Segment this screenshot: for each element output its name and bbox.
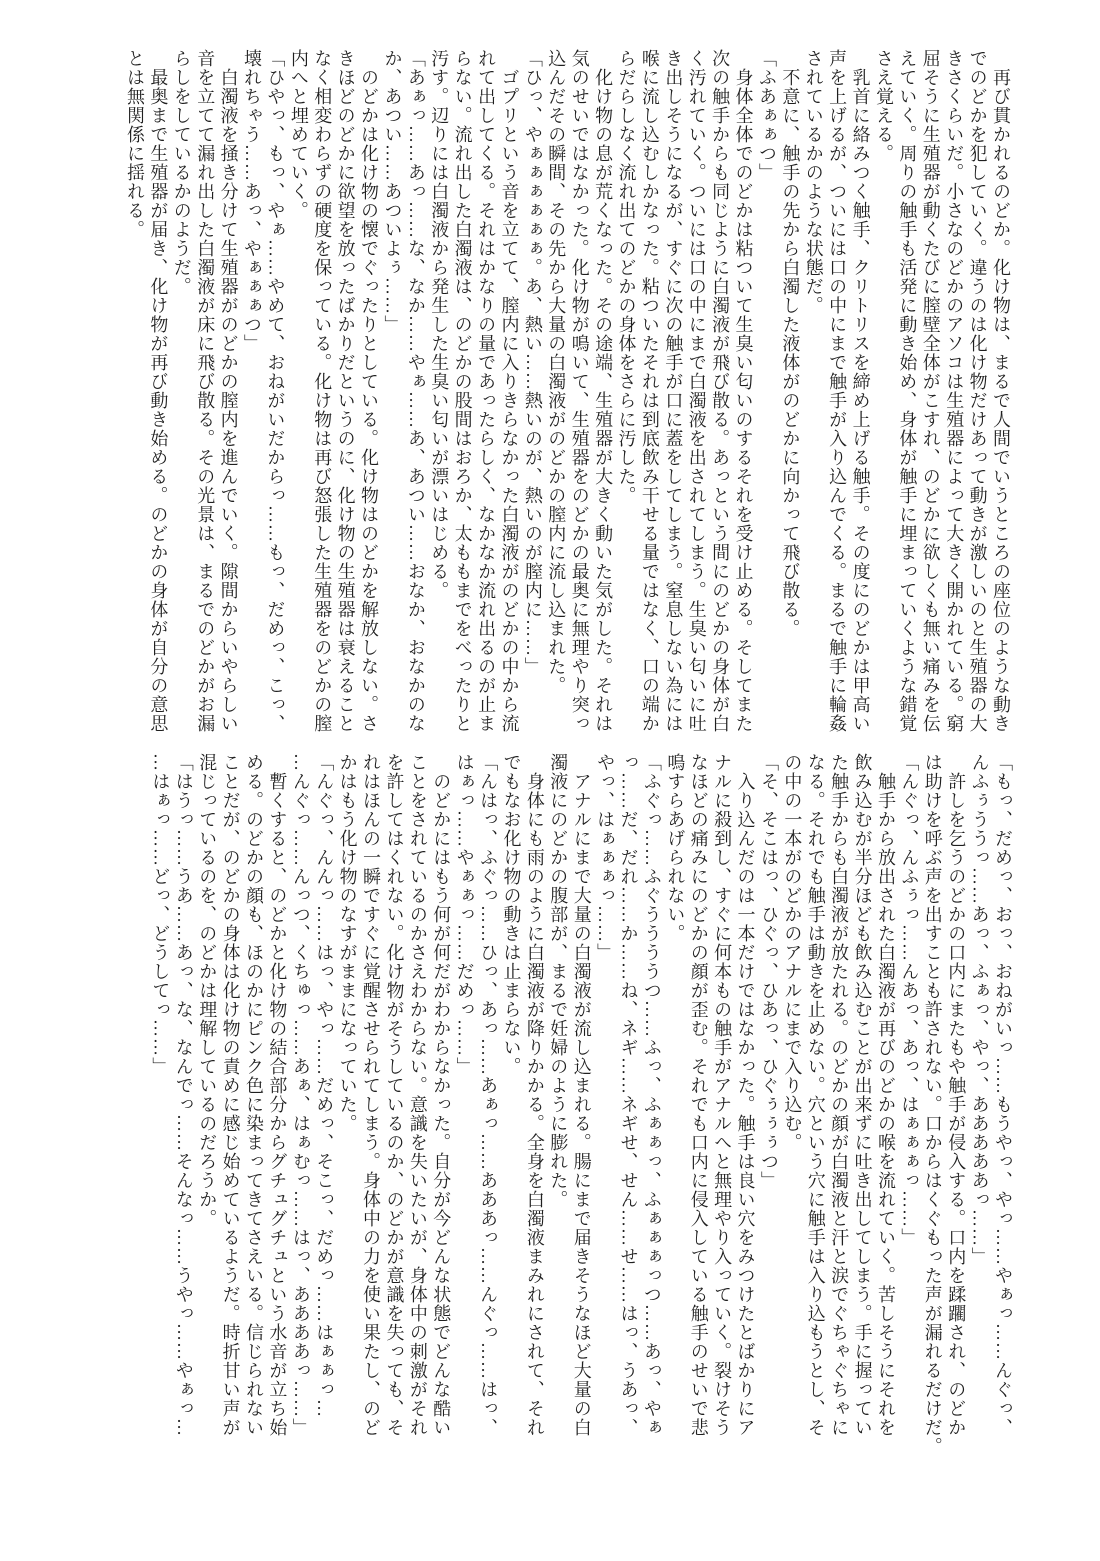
text-line: 「ひっ、やぁぁぁぁぁぁ。あ、熱い……熱いのが、熱いのが膣内に……」 <box>520 49 543 761</box>
text-line: か、あつい……あついよぅ……」 <box>380 49 403 761</box>
text-line: 次の触手からも同じように白濁液が飛び散る。あっという間にのどかの身体が白 <box>708 49 731 761</box>
text-line: のどかは化け物の懐でぐったりとしている。化け物はのどかを解放しない。さ <box>357 49 380 761</box>
text-line: 喉に流し込むしかなった。粘ついたそれは到底飲み干せる量ではなく、口の端か <box>638 49 661 761</box>
text-line: なほどの痛みにのどかの顔が歪む。それでも口内に侵入している触手のせいで悲 <box>686 753 709 1465</box>
text-line: されているかのような状態だ。 <box>801 49 824 761</box>
text-line: きさくらいだ。小さなのどかのアソコは生殖器によって大きく開かれている。窮 <box>942 49 965 761</box>
text-line: 声を上げるが、ついには口の中にまで触手が入り込んでくる。まるで触手に輪姦 <box>825 49 848 761</box>
text-block-top: 再び貫かれるのどか。化け物は、まるで人間でいうところの座位のような動きでのどかを… <box>123 49 1012 761</box>
text-line: らしをしているかのようだ。 <box>169 49 192 761</box>
text-line: のどかにはもう何が何だがわからなかった。自分が今どんな状態でどんな酷い <box>429 753 452 1465</box>
text-line: 触手から放出された白濁液が再びのどかの喉を流れていく。苦しそうにそれを <box>874 753 897 1465</box>
text-line: める。のどかの顔も、ほのかにピンク色に染まってきてさえいる。信じられない <box>242 753 265 1465</box>
text-line: っ……だ、だれ……か……ね、ネギ……ネギせ、せん……せ……はっ、うあっ、 <box>616 753 639 1465</box>
text-line: 最奥まで生殖器が届き、化け物が再び動き始める。のどかの身体が自分の意思 <box>146 49 169 761</box>
text-line: んふぅううっ……あっ、ふぁっ、やっ、あああああっ……」 <box>967 753 990 1465</box>
text-line: アナルにまで大量の白濁液が流し込まれる。腸にまで届きそうなほど大量の白 <box>569 753 592 1465</box>
text-line: やっ、はぁぁぁっ……」 <box>593 753 616 1465</box>
document-page: 再び貫かれるのどか。化け物は、まるで人間でいうところの座位のような動きでのどかを… <box>0 0 1100 1561</box>
text-line: 「ふあぁぁつ」 <box>755 49 778 761</box>
text-line: 「はうっ……うあ……あっ、な、なんでっ……そんなっ……うやっ……やぁっ… <box>171 753 194 1465</box>
text-line: 「あぁっ……あっ……な、なか……やぁ……あ、あつい……おなか、おなかのな <box>403 49 426 761</box>
text-line: でもなお化け物の動きは止まらない。 <box>499 753 522 1465</box>
text-line: 「んはっ、ふぐっ……ひっ、あっ……あぁっ……あああっ……んぐっ……はっ、 <box>476 753 499 1465</box>
text-line: 暫くすると、のどかと化け物の結合部分からグチュグチュという水音が立ち始 <box>265 753 288 1465</box>
text-line: は助けを呼ぶ声を出すことも許されない。口からはくぐもった声が漏れるだけだ。 <box>920 753 943 1465</box>
text-line: 飲み込むが半分ほども飲み込むことが出来ずに吐き出してしまう。手に握ってい <box>850 753 873 1465</box>
text-line: 「ひやっ、もっ、やぁ……やめて、おねがいだからっ……もっ、だめっ、こっ、 <box>263 49 286 761</box>
text-line: 「もっ、だめっ、おっ、おねがいっ……もうやっ、やっ……やぁっ……んぐっ、 <box>991 753 1014 1465</box>
text-line: れて出してくる。それはかなりの量であったらしく、なかなか流れ出るのが止ま <box>474 49 497 761</box>
text-line: なる。それでも触手は動きを止めない。穴という穴に触手は入り込もうとし、そ <box>803 753 826 1465</box>
text-line: なく相変わらずの硬度を保っている。化け物は再び怒張した生殖器をのどかの膣 <box>310 49 333 761</box>
text-line: 「んぐっ、んふぅっ……んあっ、あっ、はぁぁぁっ……」 <box>897 753 920 1465</box>
text-line: れはほんの一瞬ですぐに覚醒させられてしまう。身体中の力を使い果たし、のど <box>359 753 382 1465</box>
text-line: でのどかを犯していく。違うのは化け物だけあって動きが激しいのと生殖器の大 <box>965 49 988 761</box>
text-line: 汚す。辺りには白濁液から発生した生臭い匂いが漂いはじめる。 <box>427 49 450 761</box>
text-line: きほどのどかに欲望を放ったばかりだというのに、化け物の生殖器は衰えること <box>333 49 356 761</box>
text-line: えていく。周りの触手も活発に動き始め、身体が触手に埋まっていくような錯覚 <box>895 49 918 761</box>
text-line: 再び貫かれるのどか。化け物は、まるで人間でいうところの座位のような動き <box>989 49 1012 761</box>
text-line: 気のせいではなかった。化け物が鳴いて、生殖器をのどかの最奥に無理やり突っ <box>567 49 590 761</box>
text-line: かはもう化け物のなすがままになっていた。 <box>335 753 358 1465</box>
text-line: 許しを乞うのどかの口内にまたもや触手が侵入する。口内を蹂躙され、のどか <box>944 753 967 1465</box>
text-line: き出しそうになるが、すぐに次の触手が口に蓋をしてしまう。窒息しない為には <box>661 49 684 761</box>
text-line: ことだが、のどかの身体は化け物の責めに感じ始めているようだ。時折甘い声が <box>218 753 241 1465</box>
text-line: を許してはくれない。化け物がそうしているのか、のどかが意識を失っても、そ <box>382 753 405 1465</box>
text-line: らない。流れ出した白濁液は、のどかの股間はおろか、太ももまでをべったりと <box>450 49 473 761</box>
text-line: 白濁液を掻き分けて生殖器がのどかの膣内を進んでいく。隙間からいやらしい <box>216 49 239 761</box>
text-line: らだらしなく流れ出てのどかの身体をさらに汚した。 <box>614 49 637 761</box>
text-line: 屈そうに生殖器が動くたびに膣壁全体がこすれ、のどかに欲しくも無い痛みを伝 <box>918 49 941 761</box>
text-line: く汚れていく。ついには口の中にまで白濁液を出されてしまう。生臭い匂いに吐 <box>684 49 707 761</box>
text-line: 「ふぐっ……ふぐううううつ……ふっ、ふぁぁっ、ふぁぁぁっつ……あっ、やぁ <box>640 753 663 1465</box>
text-line: 身体にも雨のように白濁液が降りかかる。全身を白濁液まみれにされて、それ <box>522 753 545 1465</box>
text-line: 「そ、そこはっ、ひぐっ、ひあっ、ひぐぅぅぅつ」 <box>757 753 780 1465</box>
text-line: の中の一本がのどかのアナルにまで入り込む。 <box>780 753 803 1465</box>
text-line: 不意に、触手の先から白濁した液体がのどかに向かって飛び散る。 <box>778 49 801 761</box>
text-line: 入り込んだのは一本だけではなかった。触手は良い穴をみつけたとばかりにア <box>733 753 756 1465</box>
text-line: 壊れちゃう……あっ、やぁぁぁつ」 <box>240 49 263 761</box>
text-line: 乳首に絡みつく触手、クリトリスを締め上げる触手。その度にのどかは甲高い <box>848 49 871 761</box>
text-line: とは無関係に揺れる。 <box>123 49 146 761</box>
text-line: 内へと埋めていく。 <box>286 49 309 761</box>
text-line: 化け物の息が荒くなった。その途端、生殖器が大きく動いた気がした。それは <box>591 49 614 761</box>
text-line: …はぁっ……どっ、どうしてっ……」 <box>148 753 171 1465</box>
text-line: 身体全体でのどかは粘ついて生臭い匂いのするそれを受け止める。そしてまた <box>731 49 754 761</box>
text-line: ナルに殺到し、すぐに何本もの触手がアナルへと無理やり入っていく。裂けそう <box>710 753 733 1465</box>
text-line: た触手からも白濁液が放たれる。のどかの顔が白濁液と汗と涙でぐちゃぐちゃに <box>827 753 850 1465</box>
text-line: 込んだその瞬間、その先から大量の白濁液がのどかの膣内に流し込まれた。 <box>544 49 567 761</box>
text-line: はぁっ……やぁぁっ……だめっ……」 <box>452 753 475 1465</box>
text-line: 濁液にのどかの腹部が、まるで妊婦のように膨れた。 <box>546 753 569 1465</box>
text-line: ことをされているのかさえわからない。意識を失いたいが、身体中の刺激がそれ <box>405 753 428 1465</box>
text-line: 「んぐっ、んんっ……はっ、やっ……だめっ、そこっ、だめっ……はぁぁっ… <box>312 753 335 1465</box>
text-line: 混じっているのを、のどかは理解しているのだろうか。 <box>195 753 218 1465</box>
text-line: さえ覚える。 <box>872 49 895 761</box>
text-block-bottom: 「もっ、だめっ、おっ、おねがいっ……もうやっ、やっ……やぁっ……んぐっ、んふぅう… <box>148 753 1014 1465</box>
text-line: 鳴すらあげられない。 <box>663 753 686 1465</box>
text-line: ゴプリという音を立てて、膣内に入りきらなかった白濁液がのどかの中から流 <box>497 49 520 761</box>
text-line: 音を立てて漏れ出した白濁液が床に飛び散る。その光景は、まるでのどかがお漏 <box>193 49 216 761</box>
text-line: …んぐっ……んっつ、くちゅっ……あぁ、はぁむっ……はっ、ああああっ……」 <box>288 753 311 1465</box>
